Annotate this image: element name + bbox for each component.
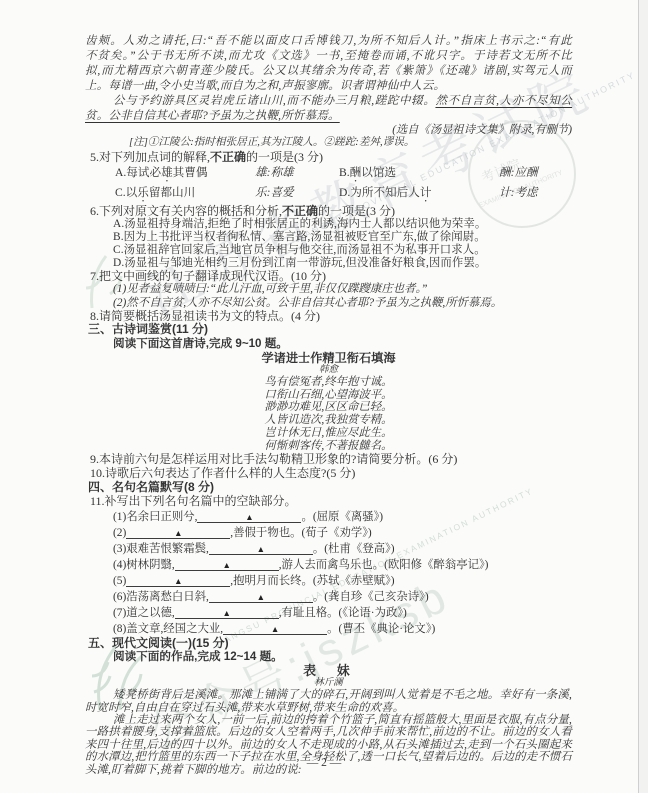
page-number: — 2 — <box>0 757 648 769</box>
blank-item-2: (2)▲,善假于物也。(荀子《劝学》) <box>113 525 572 541</box>
question-9-stem: 9.本诗前六句是怎样运用对比手法勾勒精卫形象的?请简要分析。(6 分) <box>90 453 572 467</box>
answer-blank: ▲ <box>223 624 327 635</box>
underlined-sentence: 然不自言贫,人亦不尽知公 <box>435 95 572 107</box>
scan-margin <box>639 0 648 793</box>
option-b: B.因为上书批评当权者徇私情、塞言路,汤显祖被贬官至广东,做了徐闻尉。 <box>113 231 572 244</box>
blank-item-3: (3)艰难苦恨繁霜鬓,▲。(杜甫《登高》) <box>113 541 572 557</box>
answer-blank: ▲ <box>209 544 313 555</box>
question-7-stem: 7.把文中画线的句子翻译成现代汉语。(10 分) <box>90 270 572 284</box>
passage-line: 拟,而尤精西京六朝青莲少陵氏。公又以其绪余为传奇,若《紫箫》《还魂》诸剧,实驾元… <box>85 64 572 79</box>
poem-author: 韩愈 <box>85 365 572 376</box>
passage-line: 上。每谱一曲,令小史当歌,而自为之和,声振寥廓。识者谓神仙中人云。 <box>85 79 572 94</box>
section-5-heading: 五、现代文阅读(一)(15 分) <box>88 637 572 651</box>
blank-item-8: (8)盖文章,经国之大业,▲。(曹丕《典论·论文》) <box>113 621 572 637</box>
passage-line: 齿颊。人劝之请托,曰:“吾不能以面皮口舌博钱刀,为所不知后人计。”指床上书示之:… <box>85 34 572 49</box>
exam-paper-page: 江苏省教育考试院 JIANGSU PROVINCIAL EDUCATION EX… <box>0 0 648 793</box>
question-10-stem: 10.诗歌后六句表达了作者什么样的人生态度?(5 分) <box>90 467 572 481</box>
passage-source: (选自《汤显祖诗文集》附录,有删节) <box>85 123 572 137</box>
story-paragraph: 矮凳桥街背后是溪滩。那滩上铺满了大的碎石,开阔到叫人觉着是不毛之地。幸好有一条溪… <box>85 689 572 714</box>
answer-blank: ▲ <box>175 608 279 619</box>
passage-note: [注]①江陵公:指时相张居正,其为江陵人。②蹉跎:差舛,谬误。 <box>129 137 572 150</box>
section-3-heading: 三、古诗词鉴赏(11 分) <box>88 323 572 337</box>
poem-line: 口衔山石细,心望海波平。 <box>85 389 572 402</box>
question-5-stem: 5.对下列加点词的解释,不正确的一项是(3 分) <box>90 150 572 165</box>
option-c: C.以乐留都山川 <box>115 185 255 205</box>
page-content: 齿颊。人劝之请托,曰:“吾不能以面皮口舌博钱刀,为所不知后人计。”指床上书示之:… <box>85 34 572 776</box>
option-c-gloss: 乐:喜爱 <box>255 185 339 205</box>
answer-blank: ▲ <box>126 576 230 587</box>
passage-line: 贫。公非自信其心者耶?予虽为之执鞭,所忻慕焉。 <box>85 109 572 124</box>
blank-item-7: (7)道之以德,▲,有耻且格。(《论语·为政》) <box>113 605 572 621</box>
blank-item-4: (4)树林阴翳,▲,游人去而禽鸟乐也。(欧阳修《醉翁亭记》) <box>113 557 572 573</box>
option-b: B.酬以馆选 <box>339 165 499 185</box>
story-title: 表 妹 <box>85 664 572 678</box>
option-b-gloss: 酬:应酬 <box>499 165 572 185</box>
poem-title: 学诸进士作精卫衔石填海 <box>85 351 572 365</box>
answer-blank: ▲ <box>175 560 279 571</box>
poem-line: 鸟有偿冤者,终年抱寸诚。 <box>85 376 572 389</box>
option-d: D.为所不知后人计 <box>339 185 499 205</box>
question-11-stem: 11.补写出下列名句名篇中的空缺部分。 <box>90 494 572 508</box>
question-5-options-row-1: A.每试必雄其曹偶 雄:称雄 B.酬以馆选 酬:应酬 <box>115 165 572 185</box>
answer-blank: ▲ <box>197 512 301 523</box>
option-a-gloss: 雄:称雄 <box>255 165 339 185</box>
option-c: C.汤显祖辞官回家后,当地官员争相与他交往,而汤显祖不为私事开口求人。 <box>113 244 572 257</box>
option-a: A.汤显祖持身端洁,拒绝了时相张居正的利诱,海内士人都以结识他为荣幸。 <box>113 218 572 231</box>
translation-item-1: (1)见者益复啧啧曰:“此儿汗血,可致千里,非仅仅蹀躞康庄也者。” <box>113 283 572 296</box>
classical-passage: 齿颊。人劝之请托,曰:“吾不能以面皮口舌博钱刀,为所不知后人计。”指床上书示之:… <box>85 34 572 123</box>
scan-edge-line <box>638 0 639 793</box>
blank-item-5: (5)▲,抱明月而长终。(苏轼《赤壁赋》) <box>113 573 572 589</box>
poem-line: 渺渺功难见,区区命已轻。 <box>85 401 572 414</box>
blank-item-1: (1)名余曰正则兮,▲。(屈原《离骚》) <box>113 509 572 525</box>
option-a: A.每试必雄其曹偶 <box>115 165 255 185</box>
question-5-options-row-2: C.以乐留都山川 乐:喜爱 D.为所不知后人计 计:考虑 <box>115 185 572 205</box>
option-d-gloss: 计:考虑 <box>499 185 572 205</box>
poem-line: 岂计休无日,惟应尽此生。 <box>85 427 572 440</box>
passage-line: 不贫矣。”公于书无所不读,而尤攻《文选》一书,至掩卷而诵,不讹只字。于诗若文无所… <box>85 49 572 64</box>
section-3-intro: 阅读下面这首唐诗,完成 9~10 题。 <box>113 337 572 350</box>
underlined-sentence: 贫。公非自信其心者耶?予虽为之执鞭,所忻慕焉。 <box>85 110 340 122</box>
section-5-intro: 阅读下面的作品,完成 12~14 题。 <box>113 650 572 663</box>
question-6-stem: 6.下列对原文有关内容的概括和分析,不正确的一项是(3 分) <box>90 205 572 218</box>
poem-line: 人皆讥造次,我独赏专精。 <box>85 414 572 427</box>
answer-blank: ▲ <box>126 528 230 539</box>
section-4-heading: 四、名句名篇默写(8 分) <box>88 481 572 495</box>
answer-blank: ▲ <box>209 592 313 603</box>
story-author: 林斤澜 <box>85 678 572 689</box>
blank-item-6: (6)浩荡离愁白日斜,▲。(龚自珍《己亥杂诗》) <box>113 589 572 605</box>
passage-line: 公与予约游具区灵岩虎丘诸山川,而不能办三月粮,蹉跎中辍。然不自言贫,人亦不尽知公 <box>85 94 572 109</box>
option-d: D.汤显祖与邹迪光相约三月份到江南一带游玩,但没准备好粮食,因而作罢。 <box>113 257 572 270</box>
translation-item-2: (2)然不自言贫,人亦不尽知公贫。公非自信其心者耶?予虽为之执鞭,所忻慕焉。 <box>113 297 572 310</box>
